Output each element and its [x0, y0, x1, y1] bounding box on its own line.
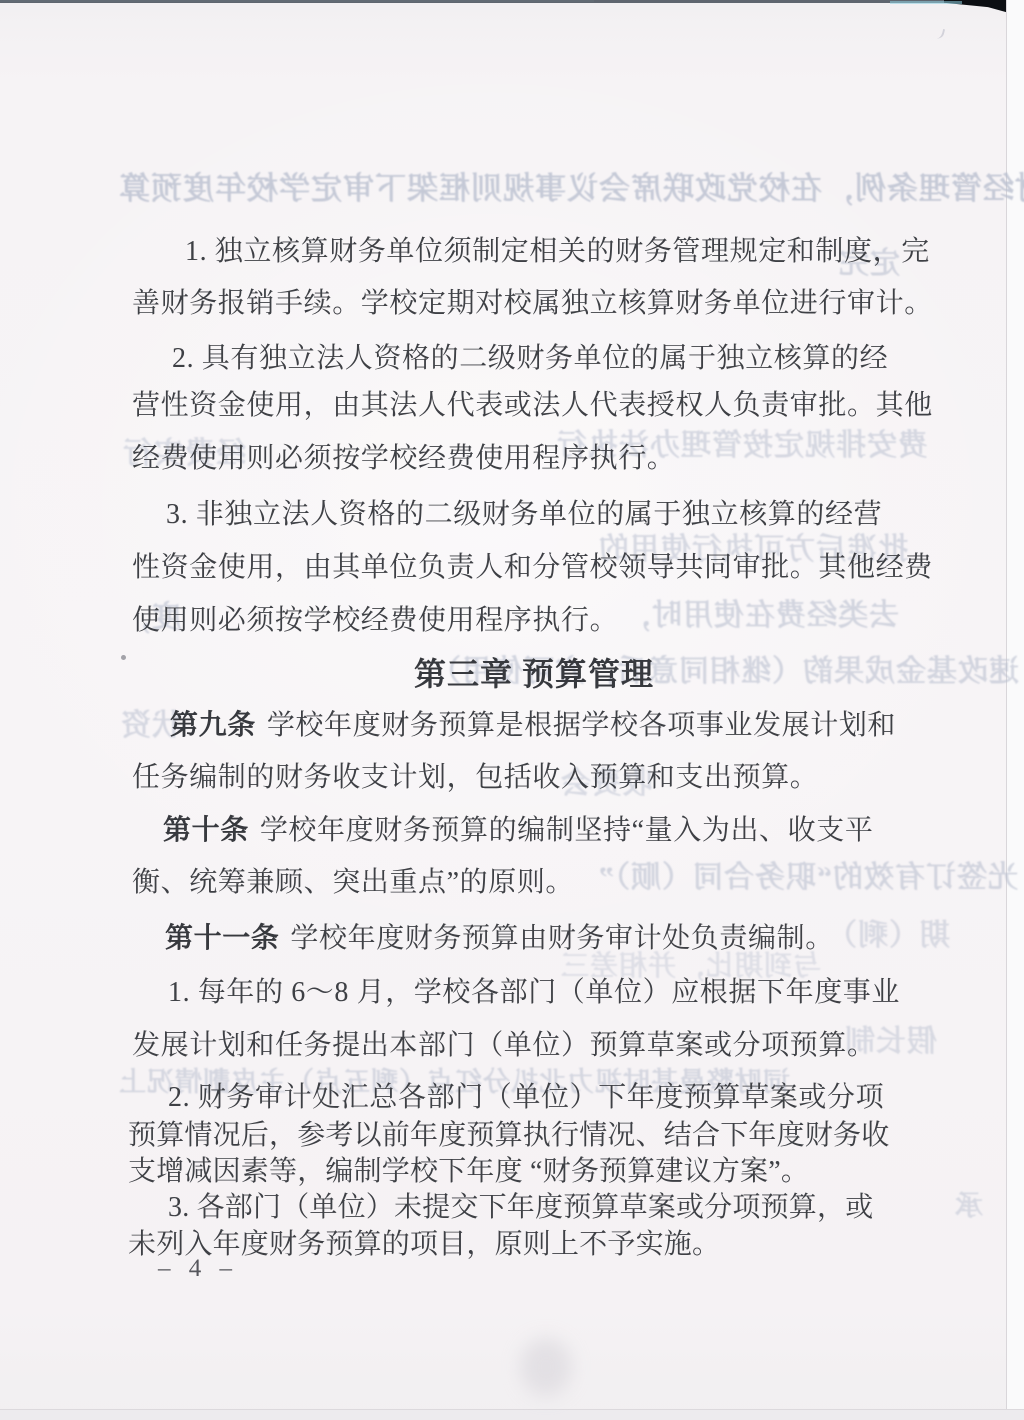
scanned-document-page: 财经管理条例，在校党政联席会议事规则框架下审定学校年度预算 定完 费安排规定按管…	[0, 0, 1024, 1420]
article-line: 任务编制的财务收支计划，包括收入预算和支出预算。	[132, 755, 818, 795]
bleedthrough-text: 财经管理条例，在校党政联席会议事规则框架下审定学校年度预算	[118, 163, 1024, 208]
article-number: 第十条	[163, 815, 249, 846]
paragraph-line: 营性资金使用，由其法人代表或法人代表授权人负责审批。其他	[132, 383, 933, 423]
article-text: 学校年度财务预算是根据学校各项事业发展计划和	[267, 710, 896, 741]
procedure-line: 2. 财务审计处汇总各部门（单位）下年度预算草案或分项	[168, 1075, 884, 1115]
article-line: 第九条学校年度财务预算是根据学校各项事业发展计划和	[170, 703, 896, 743]
paragraph-line: 使用则必须按学校经费使用程序执行。	[132, 598, 618, 638]
procedure-line: 支增减因素等，编制学校下年度 “财务预算建议方案”。	[128, 1149, 809, 1189]
article-number: 第十一条	[165, 923, 279, 954]
procedure-line: 预算情况后，参考以前年度预算执行情况、结合下年度财务收	[128, 1113, 889, 1153]
ink-dot-artifact	[121, 655, 126, 660]
bleedthrough-text: 去类经费在使用时，	[620, 590, 899, 634]
bleedthrough-text: 期（剩）	[826, 910, 950, 954]
paragraph-line: 3. 非独立法人资格的二级财务单位的属于独立核算的经营	[166, 492, 882, 532]
paragraph-line: 性资金使用，由其单位负责人和分管校领导共同审批。其他经费	[132, 545, 933, 585]
paragraph-line: 1. 独立核算财务单位须制定相关的财务管理规定和制度，完	[185, 229, 930, 269]
chapter-heading: 第三章 预算管理	[414, 649, 654, 695]
paragraph-line: 善财务报销手续。学校定期对校属独立核算财务单位进行审计。	[132, 281, 933, 321]
page-number: – 4 –	[158, 1255, 238, 1283]
scan-right-margin	[1007, 0, 1024, 1420]
scan-color-fringe	[890, 1, 962, 4]
article-line: 第十一条学校年度财务预算由财务审计处负责编制。	[165, 916, 834, 956]
procedure-line: 3. 各部门（单位）未提交下年度预算草案或分项预算，或	[168, 1185, 873, 1225]
article-line: 第十条学校年度财务预算的编制坚持“量入为出、收支平	[163, 808, 873, 848]
article-text: 学校年度财务预算的编制坚持“量入为出、收支平	[260, 815, 874, 846]
scan-smudge	[520, 1338, 572, 1396]
article-text: 学校年度财务预算由财务审计处负责编制。	[290, 923, 833, 954]
procedure-line: 1. 每年的 6～8 月，学校各部门（单位）应根据下年度事业	[168, 970, 900, 1010]
paragraph-line: 经费使用则必须按学校经费使用程序执行。	[132, 436, 675, 476]
bleedthrough-text: 光签订有效的“职务合同（顺）”	[598, 852, 1018, 896]
scan-edge-bottom	[0, 1409, 1024, 1420]
article-number: 第九条	[170, 710, 256, 741]
paragraph-line: 2. 具有独立法人资格的二级财务单位的属于独立核算的经	[172, 336, 888, 376]
procedure-line: 发展计划和任务提出本部门（单位）预算草案或分项预算。	[132, 1023, 876, 1063]
article-line: 衡、统筹兼顾、突出重点”的原则。	[132, 860, 574, 900]
bleedthrough-text: 承	[954, 1184, 983, 1224]
scan-speck	[933, 27, 945, 40]
scan-edge-top-highlight	[0, 0, 594, 2]
